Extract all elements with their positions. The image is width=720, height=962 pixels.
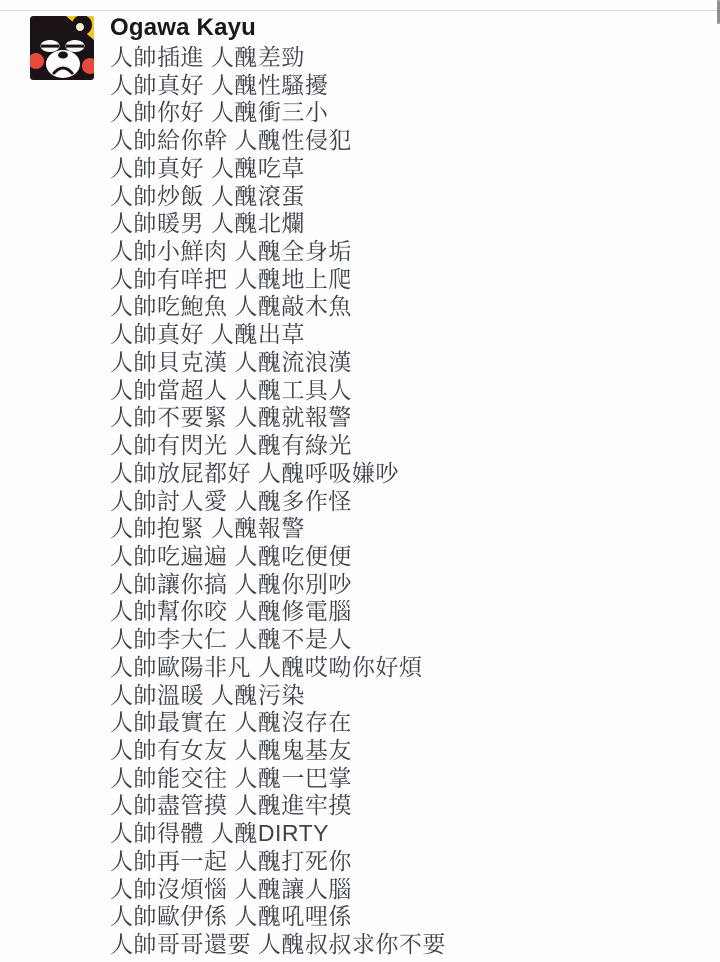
post-line: 人帥讓你搞 人醜你別吵 [110, 571, 710, 599]
post-line: 人帥真好 人醜性騷擾 [110, 72, 710, 100]
post-line: 人帥溫暖 人醜污染 [110, 682, 710, 710]
post-line: 人帥沒煩惱 人醜讓人腦 [110, 876, 710, 904]
post-line: 人帥貝克漢 人醜流浪漢 [110, 349, 710, 377]
top-separator [0, 10, 720, 11]
post-line: 人帥抱緊 人醜報警 [110, 515, 710, 543]
post-line: 人帥最實在 人醜沒存在 [110, 709, 710, 737]
post-line: 人帥插進 人醜差勁 [110, 44, 710, 72]
post-line: 人帥歐伊係 人醜吼哩係 [110, 903, 710, 931]
post-line: 人帥能交往 人醜一巴掌 [110, 765, 710, 793]
avatar[interactable] [30, 16, 94, 80]
post-line: 人帥有閃光 人醜有綠光 [110, 432, 710, 460]
post-line: 人帥真好 人醜出草 [110, 321, 710, 349]
post-content: Ogawa Kayu 人帥插進 人醜差勁人帥真好 人醜性騷擾人帥你好 人醜衝三小… [110, 13, 710, 959]
post-line: 人帥炒飯 人醜滾蛋 [110, 183, 710, 211]
post-line: 人帥有女友 人醜鬼基友 [110, 737, 710, 765]
kumamon-bear-avatar-icon [30, 16, 94, 80]
post-line: 人帥給你幹 人醜性侵犯 [110, 127, 710, 155]
post-line: 人帥哥哥還要 人醜叔叔求你不要 [110, 931, 710, 959]
post-line: 人帥歐陽非凡 人醜哎呦你好煩 [110, 654, 710, 682]
post-line: 人帥真好 人醜吃草 [110, 155, 710, 183]
post-line: 人帥盡管摸 人醜進牢摸 [110, 792, 710, 820]
post-line: 人帥暖男 人醜北爛 [110, 210, 710, 238]
post-line: 人帥李大仁 人醜不是人 [110, 626, 710, 654]
post-line: 人帥不要緊 人醜就報警 [110, 404, 710, 432]
post-line: 人帥當超人 人醜工具人 [110, 377, 710, 405]
post-line: 人帥再一起 人醜打死你 [110, 848, 710, 876]
author-name[interactable]: Ogawa Kayu [110, 13, 256, 42]
post-line: 人帥小鮮肉 人醜全身垢 [110, 238, 710, 266]
post-line: 人帥幫你咬 人醜修電腦 [110, 598, 710, 626]
post-line: 人帥得體 人醜DIRTY [110, 820, 710, 848]
post-line: 人帥放屁都好 人醜呼吸嫌吵 [110, 460, 710, 488]
post-line: 人帥你好 人醜衝三小 [110, 99, 710, 127]
post-line: 人帥有咩把 人醜地上爬 [110, 266, 710, 294]
post-line: 人帥討人愛 人醜多作怪 [110, 488, 710, 516]
post-line: 人帥吃鮑魚 人醜敲木魚 [110, 293, 710, 321]
post-page: Ogawa Kayu 人帥插進 人醜差勁人帥真好 人醜性騷擾人帥你好 人醜衝三小… [0, 0, 720, 962]
post-line: 人帥吃遍遍 人醜吃便便 [110, 543, 710, 571]
post-body: 人帥插進 人醜差勁人帥真好 人醜性騷擾人帥你好 人醜衝三小人帥給你幹 人醜性侵犯… [110, 44, 710, 959]
